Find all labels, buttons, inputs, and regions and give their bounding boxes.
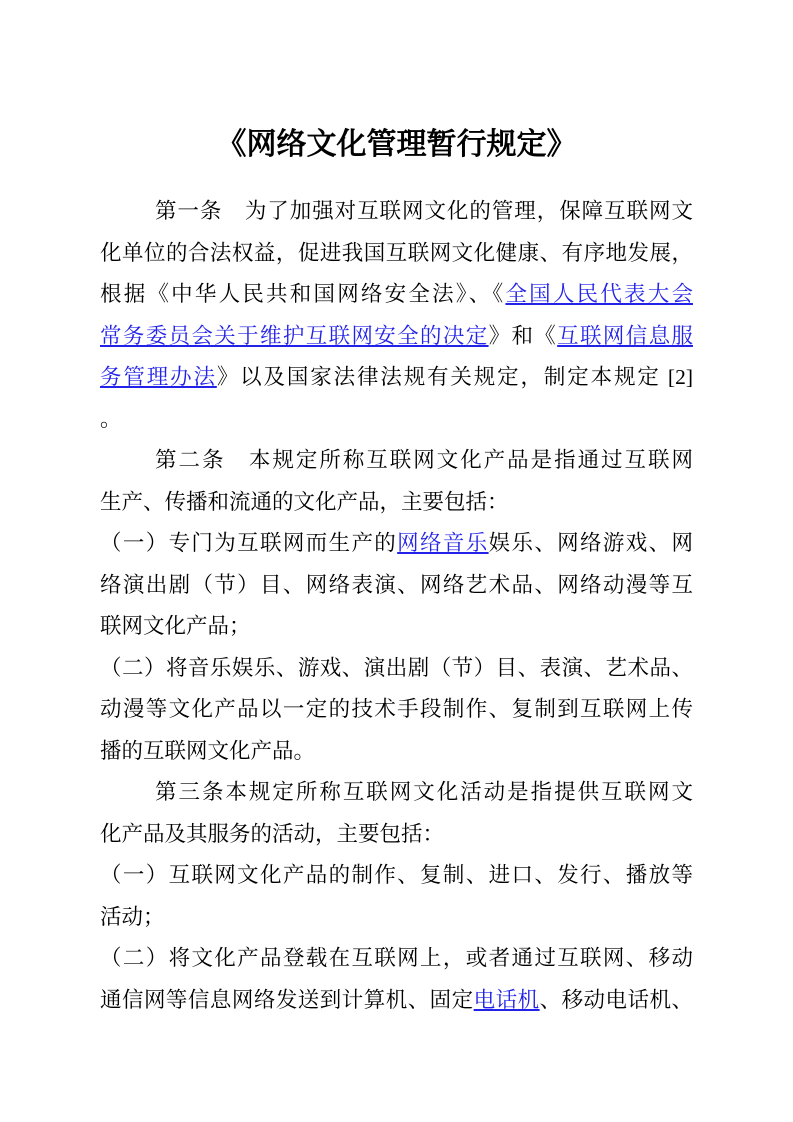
hyperlink[interactable]: 网络音乐 <box>397 531 488 555</box>
text-segment: （二）将音乐娱乐、游戏、演出剧（节）目、表演、艺术品、 <box>100 656 693 680</box>
text-segment: 生产、传播和流通的文化产品，主要包括： <box>100 490 509 514</box>
text-segment: （一）互联网文化产品的制作、复制、进口、发行、播放等 <box>100 863 693 887</box>
text-segment: （二）将文化产品登载在互联网上，或者通过互联网、移动 <box>100 946 693 970</box>
document-page: 《网络文化管理暂行规定》 第一条 为了加强对互联网文化的管理，保障互联网文化单位… <box>0 0 793 1122</box>
text-line: 化单位的合法权益，促进我国互联网文化健康、有序地发展， <box>100 233 693 275</box>
text-line: 化产品及其服务的活动，主要包括： <box>100 814 693 856</box>
text-line: 。 <box>100 399 693 441</box>
text-line: 动漫等文化产品以一定的技术手段制作、复制到互联网上传 <box>100 689 693 731</box>
text-segment: 第二条 本规定所称互联网文化产品是指通过互联网 <box>155 448 693 472</box>
text-line: （一）专门为互联网而生产的网络音乐娱乐、网络游戏、网 <box>100 523 693 565</box>
text-line: 第三条本规定所称互联网文化活动是指提供互联网文 <box>100 772 693 814</box>
text-segment: 》以及国家法律法规有关规定，制定本规定 [2] <box>217 365 693 389</box>
text-line: 常务委员会关于维护互联网安全的决定》和《互联网信息服 <box>100 316 693 358</box>
text-segment: 动漫等文化产品以一定的技术手段制作、复制到互联网上传 <box>100 697 693 721</box>
text-segment: 播的互联网文化产品。 <box>100 739 315 763</box>
hyperlink[interactable]: 电话机 <box>474 988 540 1012</box>
text-line: 生产、传播和流通的文化产品，主要包括： <box>100 482 693 524</box>
text-line: 第一条 为了加强对互联网文化的管理，保障互联网文 <box>100 191 693 233</box>
text-segment: 、移动电话机、 <box>540 988 693 1012</box>
text-segment: 第三条本规定所称互联网文化活动是指提供互联网文 <box>155 780 693 804</box>
document-body: 第一条 为了加强对互联网文化的管理，保障互联网文化单位的合法权益，促进我国互联网… <box>100 191 693 1021</box>
hyperlink[interactable]: 全国人民代表大会 <box>505 282 693 306</box>
text-segment: 根据《中华人民共和国网络安全法》、《 <box>100 282 505 306</box>
text-line: 联网文化产品； <box>100 606 693 648</box>
text-line: 播的互联网文化产品。 <box>100 731 693 773</box>
text-line: （一）互联网文化产品的制作、复制、进口、发行、播放等 <box>100 855 693 897</box>
text-segment: 联网文化产品； <box>100 614 251 638</box>
text-segment: 第一条 为了加强对互联网文化的管理，保障互联网文 <box>155 199 693 223</box>
text-line: （二）将音乐娱乐、游戏、演出剧（节）目、表演、艺术品、 <box>100 648 693 690</box>
text-line: 通信网等信息网络发送到计算机、固定电话机、移动电话机、 <box>100 980 693 1022</box>
text-line: 务管理办法》以及国家法律法规有关规定，制定本规定 [2] <box>100 357 693 399</box>
hyperlink[interactable]: 务管理办法 <box>100 365 217 389</box>
text-line: 根据《中华人民共和国网络安全法》、《全国人民代表大会 <box>100 274 693 316</box>
text-segment: 活动； <box>100 905 165 929</box>
hyperlink[interactable]: 常务委员会关于维护互联网安全的决定 <box>100 324 489 348</box>
text-segment: 》和《 <box>489 324 558 348</box>
text-line: 第二条 本规定所称互联网文化产品是指通过互联网 <box>100 440 693 482</box>
text-line: 络演出剧（节）目、网络表演、网络艺术品、网络动漫等互 <box>100 565 693 607</box>
text-segment: （一）专门为互联网而生产的 <box>100 531 397 555</box>
text-line: 活动； <box>100 897 693 939</box>
text-segment: 化产品及其服务的活动，主要包括： <box>100 822 444 846</box>
text-line: （二）将文化产品登载在互联网上，或者通过互联网、移动 <box>100 938 693 980</box>
text-segment: 化单位的合法权益，促进我国互联网文化健康、有序地发展， <box>100 241 693 265</box>
text-segment: 。 <box>100 407 122 431</box>
text-segment: 通信网等信息网络发送到计算机、固定 <box>100 988 474 1012</box>
document-title: 《网络文化管理暂行规定》 <box>0 0 793 167</box>
text-segment: 络演出剧（节）目、网络表演、网络艺术品、网络动漫等互 <box>100 573 693 597</box>
hyperlink[interactable]: 互联网信息服 <box>557 324 693 348</box>
text-segment: 娱乐、网络游戏、网 <box>489 531 693 555</box>
